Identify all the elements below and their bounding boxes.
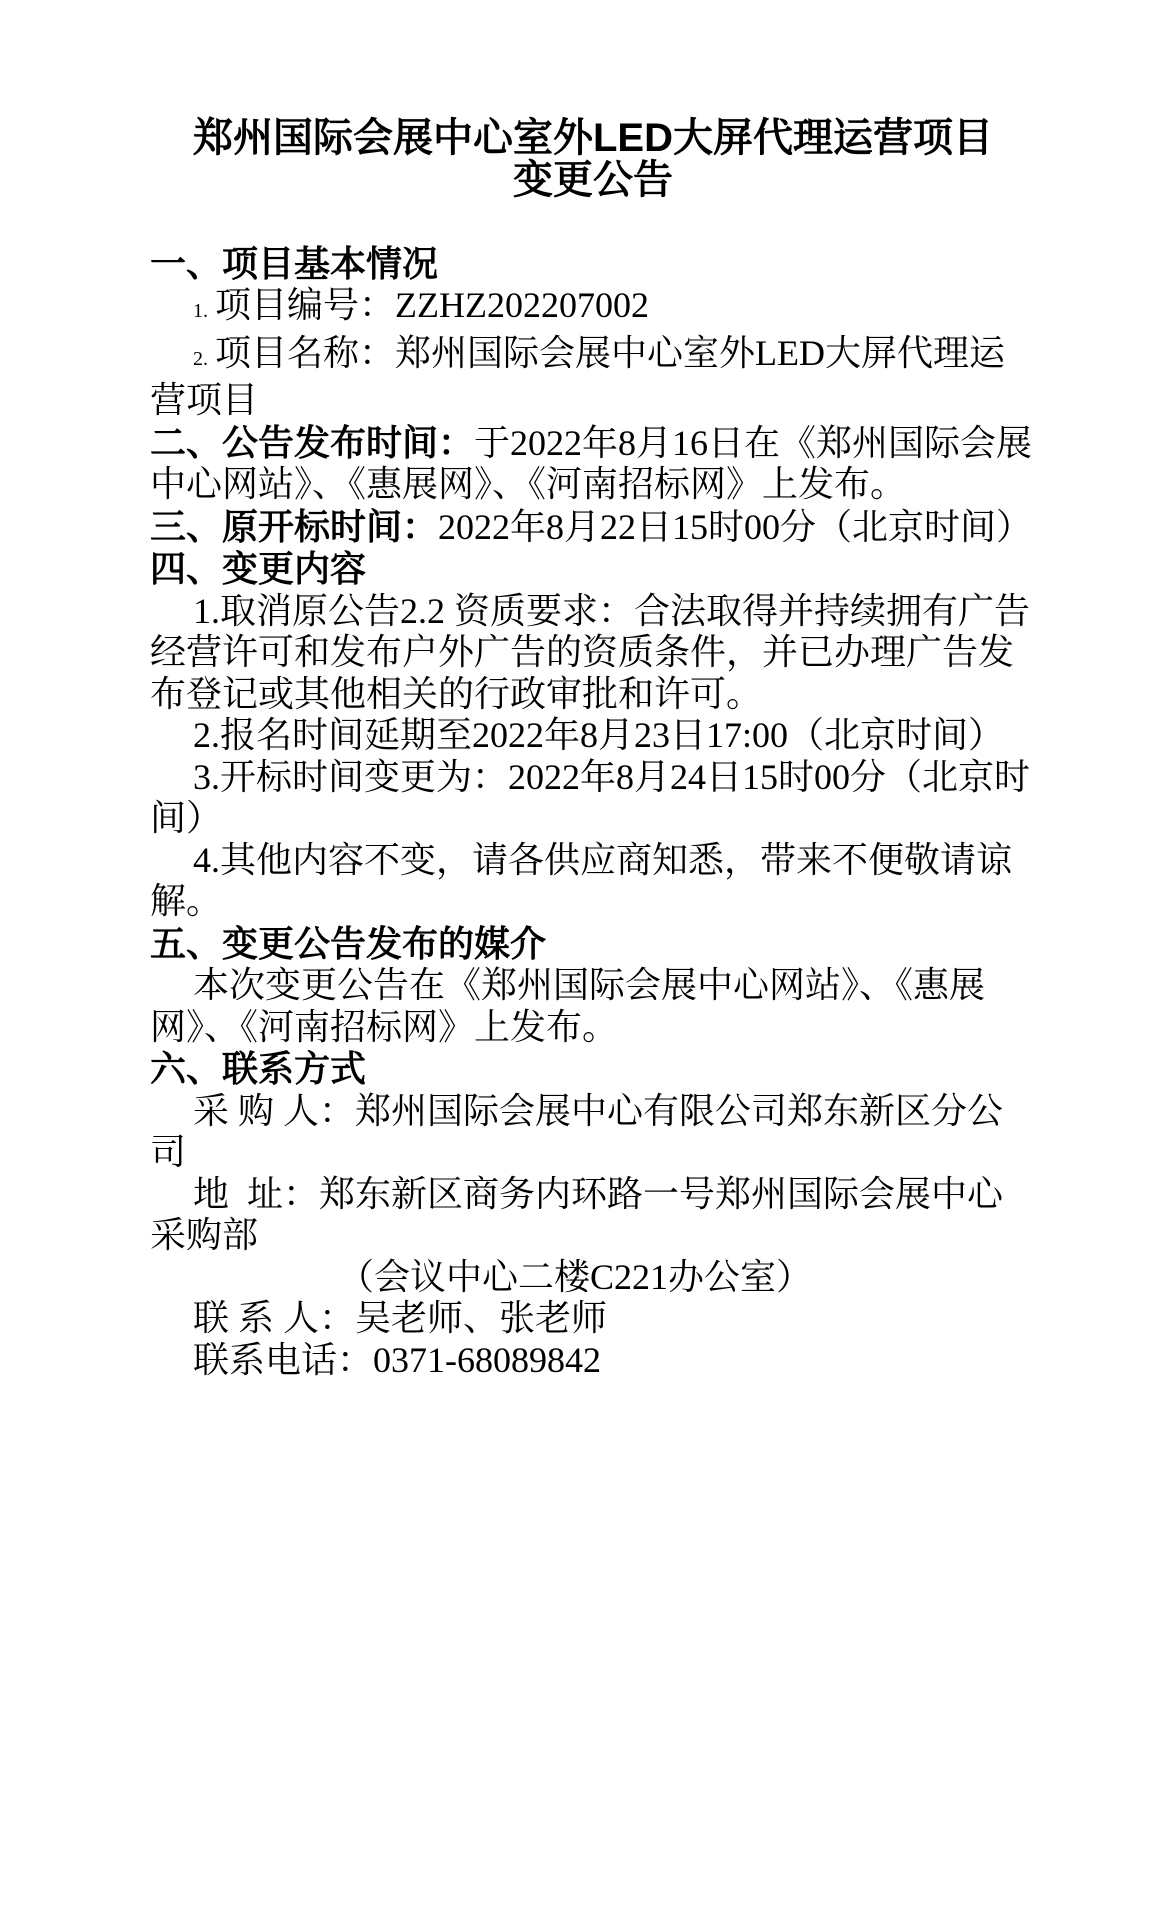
section-1-heading-text: 一、项目基本情况 (150, 243, 438, 284)
section-1-heading: 一、项目基本情况 (150, 243, 1036, 286)
change-item-2: 2.报名时间延期至2022年8月23日17:00（北京时间） (150, 715, 1036, 757)
document-title: 郑州国际会展中心室外LED大屏代理运营项目 变更公告 (150, 118, 1036, 201)
project-number-item: 1.项目编号：ZZHZ202207002 (150, 285, 1036, 333)
title-line-1: 郑州国际会展中心室外LED大屏代理运营项目 (150, 118, 1036, 160)
contact-person-line: 联 系 人：吴老师、张老师 (150, 1298, 1036, 1340)
buyer-line: 采 购 人：郑州国际会展中心有限公司郑东新区分公司 (150, 1091, 1036, 1174)
section-5-heading: 五、变更公告发布的媒介 (150, 923, 1036, 966)
item-number-2: 2. (193, 348, 208, 370)
change-item-1: 1.取消原公告2.2 资质要求：合法取得并持续拥有广告经营许可和发布户外广告的资… (150, 591, 1036, 716)
address-room-line: （会议中心二楼C221办公室） (150, 1257, 1036, 1299)
original-bid-time-text: 2022年8月22日15时00分（北京时间） (438, 507, 1032, 547)
section-2-heading-text: 二、公告发布时间： (150, 422, 474, 463)
section-4-heading: 四、变更内容 (150, 548, 1036, 591)
project-name-item: 2.项目名称：郑州国际会展中心室外LED大屏代理运营项目 (150, 333, 1036, 422)
section-5-heading-text: 五、变更公告发布的媒介 (150, 923, 546, 964)
project-number-text: 项目编号：ZZHZ202207002 (215, 285, 649, 325)
address-line: 地 址：郑东新区商务内环路一号郑州国际会展中心采购部 (150, 1174, 1036, 1257)
section-6-heading: 六、联系方式 (150, 1048, 1036, 1091)
contact-phone-line: 联系电话：0371-68089842 (150, 1340, 1036, 1382)
media-text: 本次变更公告在《郑州国际会展中心网站》、《惠展网》、《河南招标网》上发布。 (150, 965, 1036, 1048)
section-6-heading-text: 六、联系方式 (150, 1048, 366, 1089)
project-name-text: 项目名称：郑州国际会展中心室外LED大屏代理运营项目 (150, 333, 1005, 421)
change-item-4: 4.其他内容不变，请各供应商知悉，带来不便敬请谅解。 (150, 840, 1036, 923)
original-bid-time-paragraph: 三、原开标时间：2022年8月22日15时00分（北京时间） (150, 506, 1036, 549)
document-page: 郑州国际会展中心室外LED大屏代理运营项目 变更公告 一、项目基本情况 1.项目… (0, 0, 1170, 1924)
announce-time-paragraph: 二、公告发布时间：于2022年8月16日在《郑州国际会展中心网站》、《惠展网》、… (150, 422, 1036, 506)
document-body: 郑州国际会展中心室外LED大屏代理运营项目 变更公告 一、项目基本情况 1.项目… (150, 118, 1036, 1381)
change-item-3: 3.开标时间变更为：2022年8月24日15时00分（北京时间） (150, 757, 1036, 840)
title-line-2: 变更公告 (150, 160, 1036, 202)
section-4-heading-text: 四、变更内容 (150, 548, 366, 589)
section-3-heading-text: 三、原开标时间： (150, 506, 438, 547)
item-number-1: 1. (193, 300, 208, 322)
